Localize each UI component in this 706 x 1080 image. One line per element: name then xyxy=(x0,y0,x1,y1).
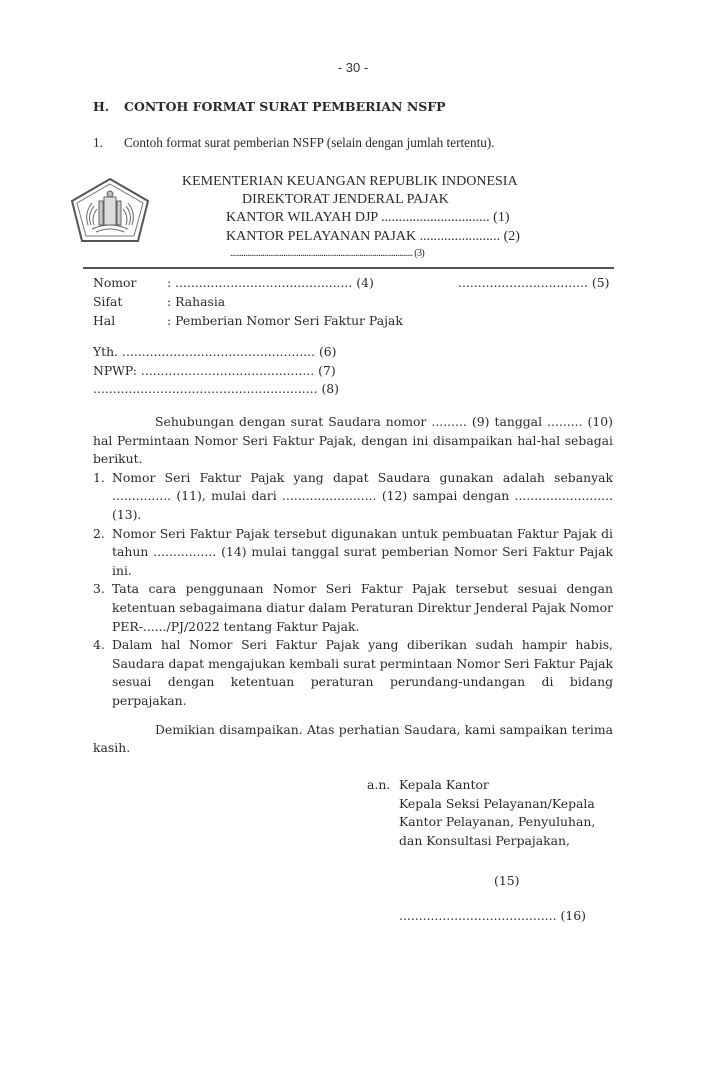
points-list: 1.Nomor Seri Faktur Pajak yang dapat Sau… xyxy=(93,469,613,711)
letterhead-address: ........................................… xyxy=(230,248,424,259)
opening-paragraph: Sehubungan dengan surat Saudara nomor ..… xyxy=(93,413,613,469)
list-item: 3.Tata cara penggunaan Nomor Seri Faktur… xyxy=(93,580,613,636)
kemenkeu-emblem-icon xyxy=(70,177,150,243)
hal-label: Hal xyxy=(93,313,115,328)
an-prefix: a.n. xyxy=(367,776,399,795)
nomor-value: : ......................................… xyxy=(167,275,374,290)
signature-block: a.n.Kepala Kantor Kepala Seksi Pelayanan… xyxy=(367,776,595,850)
signer-title-2: Kepala Seksi Pelayanan/Kepala xyxy=(367,795,595,814)
signer-title-3: Kantor Pelayanan, Penyuluhan, xyxy=(367,813,595,832)
section-letter: H. xyxy=(93,99,124,114)
recipient-yth: Yth. ...................................… xyxy=(93,344,337,359)
recipient-address: ........................................… xyxy=(93,381,339,396)
letterhead-regional-office: KANTOR WILAYAH DJP .....................… xyxy=(226,210,510,226)
letter-body: Sehubungan dengan surat Saudara nomor ..… xyxy=(93,413,613,758)
signature-placeholder: (15) xyxy=(494,872,519,891)
list-item: 1.Nomor Seri Faktur Pajak yang dapat Sau… xyxy=(93,469,613,525)
section-heading: H.CONTOH FORMAT SURAT PEMBERIAN NSFP xyxy=(93,99,446,114)
sifat-value: : Rahasia xyxy=(167,294,225,309)
signer-title-4: dan Konsultasi Perpajakan, xyxy=(367,832,595,851)
letterhead-divider xyxy=(83,267,614,269)
list-item: 2.Nomor Seri Faktur Pajak tersebut digun… xyxy=(93,525,613,581)
hal-value: : Pemberian Nomor Seri Faktur Pajak xyxy=(167,313,403,328)
item-number: 1. xyxy=(93,135,124,151)
nomor-label: Nomor xyxy=(93,275,136,290)
letterhead-tax-office: KANTOR PELAYANAN PAJAK .................… xyxy=(226,229,520,245)
item-heading: 1.Contoh format surat pemberian NSFP (se… xyxy=(93,135,495,151)
closing-paragraph: Demikian disampaikan. Atas perhatian Sau… xyxy=(93,721,613,758)
recipient-npwp: NPWP: ..................................… xyxy=(93,363,336,378)
letter-date-field: ................................. (5) xyxy=(458,275,609,290)
signer-name-line: ........................................… xyxy=(399,907,586,926)
sifat-label: Sifat xyxy=(93,294,122,309)
section-title: CONTOH FORMAT SURAT PEMBERIAN NSFP xyxy=(124,99,446,114)
list-item: 4.Dalam hal Nomor Seri Faktur Pajak yang… xyxy=(93,636,613,710)
item-text: Contoh format surat pemberian NSFP (sela… xyxy=(124,135,495,150)
signer-title-1: Kepala Kantor xyxy=(399,777,489,792)
page-number: - 30 - xyxy=(0,60,706,75)
letterhead: KEMENTERIAN KEUANGAN REPUBLIK INDONESIA … xyxy=(170,170,530,270)
letterhead-ministry: KEMENTERIAN KEUANGAN REPUBLIK INDONESIA xyxy=(182,174,518,190)
letterhead-directorate: DIREKTORAT JENDERAL PAJAK xyxy=(242,192,449,208)
